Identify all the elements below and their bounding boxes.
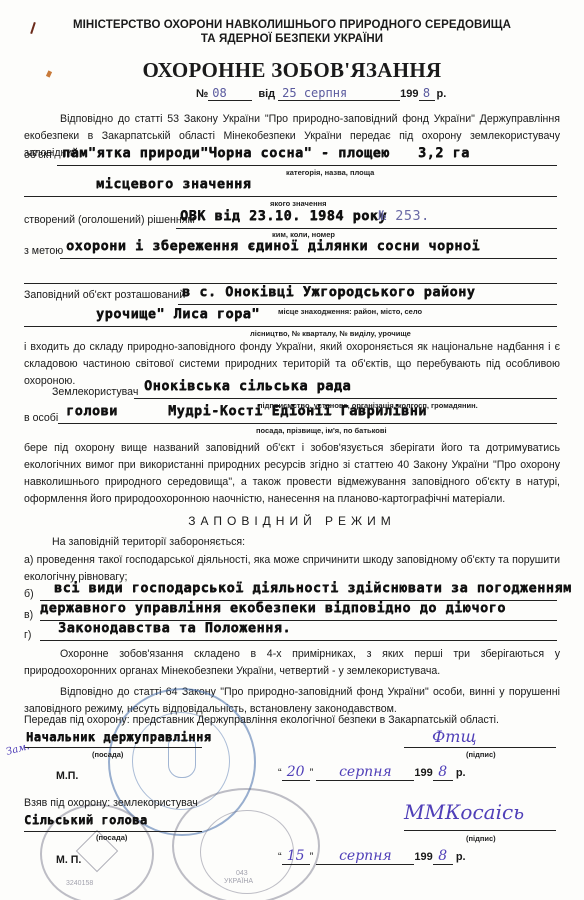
purpose-label: з метою — [24, 245, 63, 257]
handover-signature: Фтщ — [432, 727, 476, 746]
year-prefix: 199 — [400, 88, 418, 100]
ministry-name-line1: МІНІСТЕРСТВО ОХОРОНИ НАВКОЛИШНЬОГО ПРИРО… — [0, 19, 584, 31]
handover-position-hint: (посада) — [92, 750, 123, 759]
decision-number: № 253. — [378, 208, 430, 224]
regime-item-g-text: Законодавства та Положення. — [58, 620, 291, 636]
council-stamp-code: 043 — [236, 870, 248, 877]
location-tract: урочище" Лиса гора" — [96, 306, 260, 322]
handover-date-month: серпня — [316, 764, 414, 781]
handover-year-suffix: 8 — [433, 764, 453, 781]
acceptance-date-day: 15 — [282, 848, 310, 865]
decision-label: створений (оголошений) рішенням — [24, 214, 195, 226]
acceptance-signature: ММКосаісь — [404, 800, 524, 824]
location-rule1 — [178, 304, 557, 305]
land-user-rule — [134, 398, 557, 399]
location-hint1: місце знаходження: район, місто, село — [278, 307, 422, 316]
handover-year-unit: р. — [456, 767, 466, 779]
location-rule2 — [24, 326, 557, 327]
document-number-line: №08 від25 серпня1998р. — [196, 86, 446, 101]
liability-paragraph: Відповідно до статті 64 Закону "Про прир… — [24, 684, 560, 718]
regime-item-b-text: всі види господарської діяльності здійсн… — [54, 580, 572, 596]
purpose-rule — [60, 258, 557, 259]
acceptance-year-prefix: 199 — [414, 851, 432, 863]
acceptance-signature-rule — [404, 830, 556, 831]
acceptance-position: Сільський голова — [24, 813, 148, 827]
copies-paragraph: Охоронне зобов'язання складено в 4-х при… — [24, 646, 560, 680]
person-position: голови — [66, 403, 118, 419]
person-label: в особі — [24, 412, 58, 424]
council-stamp-country: УКРАЇНА — [224, 878, 253, 885]
location-label: Заповідний об'єкт розташований — [24, 289, 185, 301]
ministry-name-line2: ТА ЯДЕРНОЇ БЕЗПЕКИ УКРАЇНИ — [0, 33, 584, 45]
object-area: 3,2 га — [418, 145, 470, 161]
location-village: в с. Оноківці Ужгородського району — [182, 284, 475, 300]
handover-position-rule — [24, 747, 202, 748]
regime-item-v-text: державного управління екобезпеки відпові… — [40, 600, 506, 616]
regime-item-g-rule — [40, 640, 557, 641]
document-number: 08 — [208, 86, 252, 101]
date-label: від — [258, 88, 275, 100]
acceptance-year-suffix: 8 — [433, 848, 453, 865]
acceptance-signature-hint: (підпис) — [466, 834, 496, 843]
regime-heading: ЗАПОВІДНИЙ РЕЖИМ — [0, 514, 584, 528]
number-label: № — [196, 88, 208, 100]
land-user-value: Оноківська сільська рада — [144, 378, 351, 394]
object-category-name: пам"ятка природи"Чорна сосна" - площею — [62, 145, 390, 161]
person-name: Мудрі-Кості Едіонії Гаврилівни — [168, 403, 427, 419]
year-unit: р. — [437, 88, 447, 100]
acceptance-year-unit: р. — [456, 851, 466, 863]
acceptance-date-month: серпня — [316, 848, 414, 865]
object-significance: місцевого значення — [96, 176, 251, 192]
handover-signature-rule — [404, 747, 556, 748]
land-user-label: Землекористувач — [52, 386, 138, 398]
person-rule — [58, 423, 557, 424]
regime-item-g-marker: г) — [24, 629, 31, 641]
acceptance-date: “15” серпня1998 р. — [278, 848, 466, 865]
trident-emblem-icon — [168, 740, 196, 778]
acceptance-position-hint: (посада) — [96, 833, 127, 842]
object-line1-rule — [57, 165, 557, 166]
decision-rule — [176, 228, 557, 229]
prohibited-label: На заповідній території забороняється: — [52, 536, 245, 548]
object-hint1: категорія, назва, площа — [286, 168, 374, 177]
regime-item-a-marker: а) — [24, 554, 33, 566]
handover-seal-label: М.П. — [56, 770, 78, 782]
acceptance-seal-label: М. П. — [56, 854, 81, 866]
acceptance-position-rule — [24, 831, 202, 832]
regime-item-b-marker: б) — [24, 588, 34, 600]
object-label: об'єкт — [24, 149, 53, 161]
person-hint: посада, прізвище, ім'я, по батькові — [256, 426, 387, 435]
regime-item-a-text: проведення такої господарської діяльност… — [24, 554, 560, 583]
handover-position: Начальник держуправління — [26, 730, 211, 744]
handover-signature-hint: (підпис) — [466, 750, 496, 759]
handover-year-prefix: 199 — [414, 767, 432, 779]
location-hint2: лісництво, № кварталу, № виділу, урочище — [250, 329, 411, 338]
handover-date: “20” серпня1998 р. — [278, 764, 466, 781]
document-date: 25 серпня — [278, 86, 400, 101]
handover-margin-note: Зам. — [5, 741, 31, 758]
document-title: ОХОРОННЕ ЗОБОВ'ЯЗАННЯ — [0, 58, 584, 83]
year-suffix: 8 — [419, 86, 435, 101]
regime-item-v-marker: в) — [24, 609, 33, 621]
handover-text: Передав під охорону: представник Держупр… — [24, 714, 499, 726]
small-stamp-code: 3240158 — [66, 880, 93, 887]
object-hint2: якого значення — [270, 199, 327, 208]
acceptance-text: Взяв під охорону: землекористувач — [24, 797, 198, 809]
decision-value: ОВК від 23.10. 1984 року — [180, 208, 387, 224]
obligation-paragraph: бере під охорону вище названий заповідни… — [24, 440, 560, 508]
purpose-value: охорони і збереження єдиної ділянки сосн… — [66, 238, 480, 254]
object-line2-rule — [24, 196, 557, 197]
handover-date-day: 20 — [282, 764, 310, 781]
